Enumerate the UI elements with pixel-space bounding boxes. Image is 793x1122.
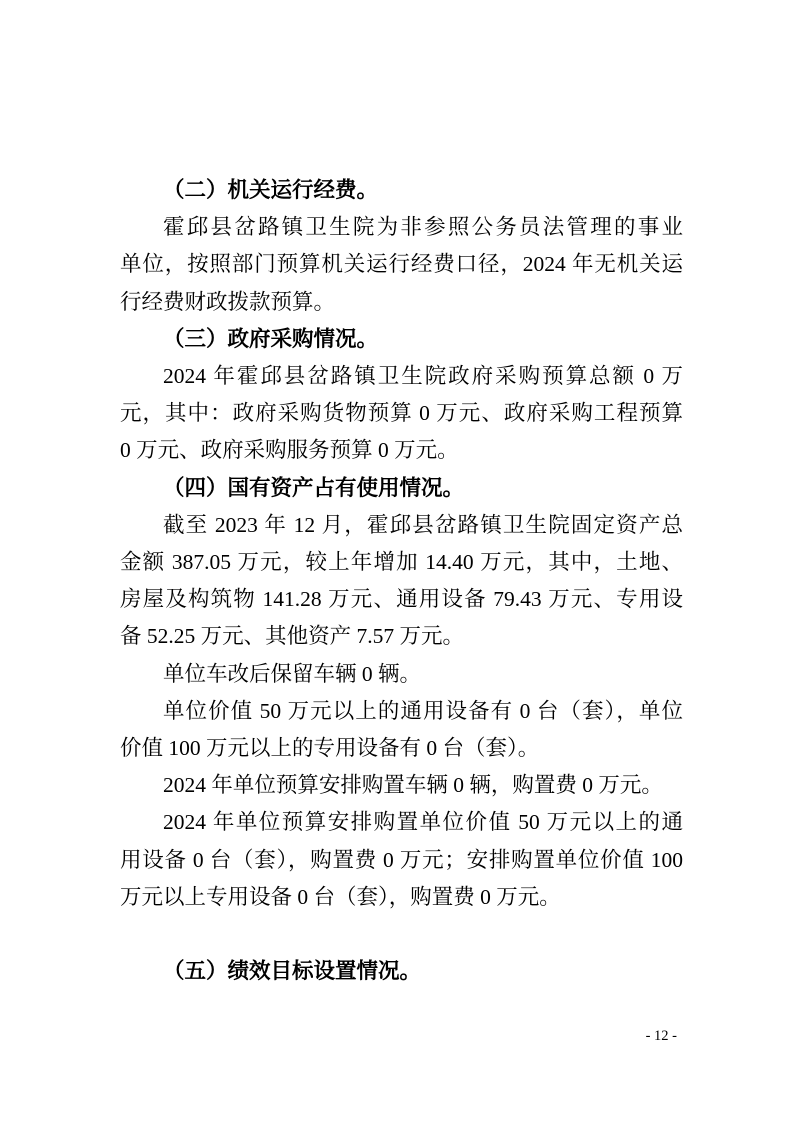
paragraph-line: 用设备 0 台（套），购置费 0 万元；安排购置单位价值 100 <box>120 842 683 879</box>
blank-line <box>120 916 683 953</box>
paragraph-line: 万元以上专用设备 0 台（套），购置费 0 万元。 <box>120 879 683 916</box>
section-5-heading: （五）绩效目标设置情况。 <box>120 953 683 990</box>
paragraph-line: 房屋及构筑物 141.28 万元、通用设备 79.43 万元、专用设 <box>120 581 683 618</box>
paragraph-line: 金额 387.05 万元，较上年增加 14.40 万元，其中，土地、 <box>120 544 683 581</box>
paragraph-line: 截至 2023 年 12 月，霍邱县岔路镇卫生院固定资产总 <box>120 507 683 544</box>
document-content: （二）机关运行经费。 霍邱县岔路镇卫生院为非参照公务员法管理的事业 单位，按照部… <box>120 172 683 990</box>
paragraph-line: 单位，按照部门预算机关运行经费口径，2024 年无机关运 <box>120 246 683 283</box>
paragraph-line: 2024 年单位预算安排购置车辆 0 辆，购置费 0 万元。 <box>120 767 683 804</box>
paragraph-line: 备 52.25 万元、其他资产 7.57 万元。 <box>120 618 683 655</box>
paragraph-line: 价值 100 万元以上的专用设备有 0 台（套）。 <box>120 730 683 767</box>
page-number: - 12 - <box>120 1026 677 1046</box>
paragraph-line: 霍邱县岔路镇卫生院为非参照公务员法管理的事业 <box>120 209 683 246</box>
section-2-heading: （二）机关运行经费。 <box>120 172 683 209</box>
paragraph-line: 2024 年单位预算安排购置单位价值 50 万元以上的通 <box>120 804 683 841</box>
paragraph-line: 元，其中：政府采购货物预算 0 万元、政府采购工程预算 <box>120 395 683 432</box>
document-page: （二）机关运行经费。 霍邱县岔路镇卫生院为非参照公务员法管理的事业 单位，按照部… <box>0 0 793 1122</box>
paragraph-line: 0 万元、政府采购服务预算 0 万元。 <box>120 432 683 469</box>
section-3-heading: （三）政府采购情况。 <box>120 321 683 358</box>
paragraph-line: 2024 年霍邱县岔路镇卫生院政府采购预算总额 0 万 <box>120 358 683 395</box>
paragraph-line: 单位价值 50 万元以上的通用设备有 0 台（套），单位 <box>120 693 683 730</box>
paragraph-line: 单位车改后保留车辆 0 辆。 <box>120 656 683 693</box>
paragraph-line: 行经费财政拨款预算。 <box>120 284 683 321</box>
section-4-heading: （四）国有资产占有使用情况。 <box>120 470 683 507</box>
